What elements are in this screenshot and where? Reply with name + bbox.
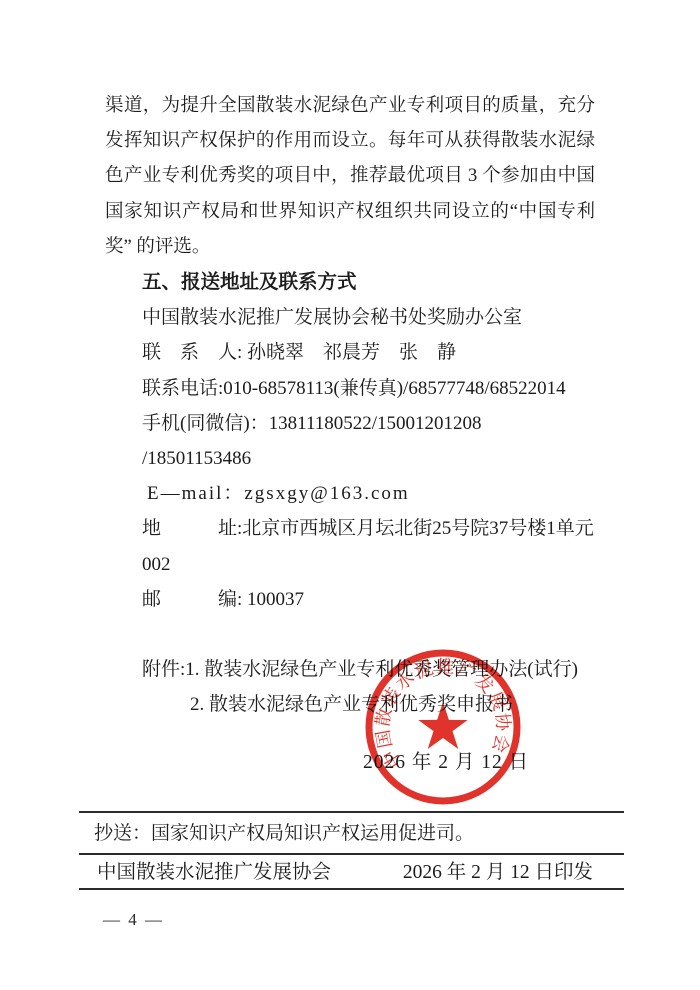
issuer-name: 中国散装水泥推广发展协会 — [97, 860, 331, 886]
print-date: 2026 年 2 月 12 日印发 — [403, 860, 593, 886]
contact-email-line: E—mail：zgsxgy@163.com — [105, 476, 595, 511]
paragraph-line: 色产业专利优秀奖的项目中，推荐最优项目 3 个参加由中国 — [105, 159, 595, 194]
page-number: — 4 — — [103, 910, 164, 930]
official-seal: 中国散装水泥推广发展协会 — [353, 637, 533, 817]
document-page: 渠道，为提升全国散装水泥绿色产业专利项目的质量，充分 发挥知识产权保护的作用而设… — [0, 0, 700, 990]
contact-office-line: 中国散装水泥推广发展协会秘书处奖励办公室 — [105, 300, 595, 335]
paragraph-line: 国家知识产权局和世界知识产权组织共同设立的“中国专利 — [105, 195, 595, 230]
contact-persons-line: 联 系 人: 孙晓翠 祁晨芳 张 静 — [105, 335, 595, 370]
contact-phone-line: 联系电话:010-68578113(兼传真)/68577748/68522014 — [105, 371, 595, 406]
paragraph-line: 发挥知识产权保护的作用而设立。每年可从获得散装水泥绿 — [105, 124, 595, 159]
contact-postcode-line: 邮 编: 100037 — [105, 582, 595, 617]
paragraph-line: 渠道，为提升全国散装水泥绿色产业专利项目的质量，充分 — [105, 89, 595, 124]
footer-divider-bottom — [79, 888, 624, 890]
section-heading: 五、报送地址及联系方式 — [105, 265, 595, 300]
issuer-row: 中国散装水泥推广发展协会 2026 年 2 月 12 日印发 — [97, 860, 593, 886]
footer-divider-top — [79, 811, 624, 813]
cc-line: 抄送：国家知识产权局知识产权运用促进司。 — [94, 821, 474, 847]
document-body: 渠道，为提升全国散装水泥绿色产业专利项目的质量，充分 发挥知识产权保护的作用而设… — [105, 89, 595, 723]
footer-divider-middle — [79, 853, 624, 855]
paragraph-line: 奖” 的评选。 — [105, 230, 595, 265]
contact-mobile-line: 手机(同微信)：13811180522/15001201208 /1850115… — [105, 406, 595, 476]
contact-address-line: 地 址:北京市西城区月坛北街25号院37号楼1单元002 — [105, 511, 595, 581]
red-star-icon — [418, 702, 467, 749]
